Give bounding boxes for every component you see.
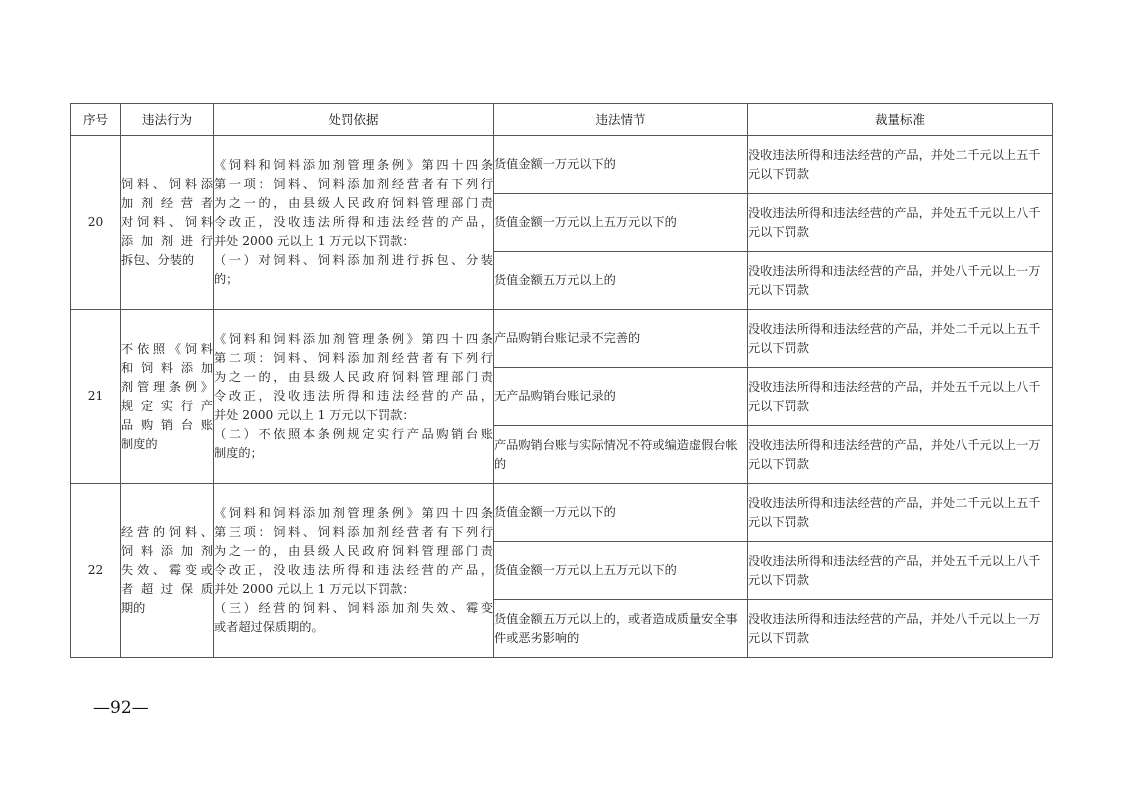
violation-cell: 饲料、饲料添加 剂 经 营 者对饲料、饲料添 加 剂 进 行拆包、分装的 [121, 136, 214, 310]
discretion-standard-cell: 没收违法所得和违法经营的产品，并处五千元以上八千元以下罚款 [748, 368, 1053, 426]
circumstance-cell: 货值金额一万元以下的 [494, 136, 748, 194]
violation-text-line: 制度的 [121, 435, 213, 454]
violation-text-line: 不依照《饲料 [121, 340, 213, 359]
legal-basis-text-line: 并处 2000 元以上 1 万元以下罚款： [214, 580, 493, 599]
circumstance-cell: 产品购销台账记录不完善的 [494, 310, 748, 368]
penalty-discretion-table: 序号 违法行为 处罚依据 违法情节 裁量标准 20饲料、饲料添加 剂 经 营 者… [70, 103, 1053, 658]
circumstance-cell: 货值金额一万元以下的 [494, 484, 748, 542]
header-legal-basis: 处罚依据 [214, 104, 494, 136]
circumstance-cell: 货值金额五万元以上的，或者造成质量安全事件或恶劣影响的 [494, 600, 748, 658]
discretion-standard-cell: 没收违法所得和违法经营的产品，并处八千元以上一万元以下罚款 [748, 600, 1053, 658]
legal-basis-text-line: 或者超过保质期的。 [214, 618, 493, 637]
circumstance-cell: 产品购销台账与实际情况不符或编造虚假台帐的 [494, 426, 748, 484]
violation-cell: 不依照《饲料和 饲 料 添 加剂管理条例》规 定 实 行 产品 购 销 台 账制… [121, 310, 214, 484]
header-standard: 裁量标准 [748, 104, 1053, 136]
legal-basis-text-line: 《饲料和饲料添加剂管理条例》第四十四条 [214, 504, 493, 523]
row-number: 20 [71, 136, 121, 310]
violation-text-line: 失效、霉变或 [121, 561, 213, 580]
legal-basis-text-line: （二）不依照本条例规定实行产品购销台账 [214, 425, 493, 444]
discretion-standard-cell: 没收违法所得和违法经营的产品，并处五千元以上八千元以下罚款 [748, 542, 1053, 600]
circumstance-cell: 货值金额一万元以上五万元以下的 [494, 194, 748, 252]
legal-basis-text-line: 第二项：饲料、饲料添加剂经营者有下列行 [214, 349, 493, 368]
discretion-standard-cell: 没收违法所得和违法经营的产品，并处二千元以上五千元以下罚款 [748, 310, 1053, 368]
row-number: 22 [71, 484, 121, 658]
legal-basis-text-line: 为之一的，由县级人民政府饲料管理部门责 [214, 368, 493, 387]
violation-text-line: 规 定 实 行 产 [121, 397, 213, 416]
violation-text-line: 期的 [121, 599, 213, 618]
violation-text-line: 加 剂 经 营 者 [121, 194, 213, 213]
legal-basis-text-line: 《饲料和饲料添加剂管理条例》第四十四条 [214, 330, 493, 349]
violation-text-line: 对饲料、饲料 [121, 213, 213, 232]
legal-basis-text-line: 为之一的，由县级人民政府饲料管理部门责 [214, 542, 493, 561]
circumstance-cell: 无产品购销台账记录的 [494, 368, 748, 426]
header-circumstance: 违法情节 [494, 104, 748, 136]
legal-basis-text-line: 制度的； [214, 444, 493, 463]
legal-basis-text-line: 《饲料和饲料添加剂管理条例》第四十四条 [214, 156, 493, 175]
header-violation: 违法行为 [121, 104, 214, 136]
violation-text-line: 和 饲 料 添 加 [121, 359, 213, 378]
table-header-row: 序号 违法行为 处罚依据 违法情节 裁量标准 [71, 104, 1053, 136]
legal-basis-cell: 《饲料和饲料添加剂管理条例》第四十四条第一项：饲料、饲料添加剂经营者有下列行为之… [214, 136, 494, 310]
legal-basis-text-line: （三）经营的饲料、饲料添加剂失效、霉变 [214, 599, 493, 618]
row-number: 21 [71, 310, 121, 484]
violation-text-line: 添 加 剂 进 行 [121, 232, 213, 251]
legal-basis-text-line: 第三项：饲料、饲料添加剂经营者有下列行 [214, 523, 493, 542]
violation-cell: 经营的饲料、饲 料 添 加 剂失效、霉变或者 超 过 保 质期的 [121, 484, 214, 658]
discretion-standard-cell: 没收违法所得和违法经营的产品，并处八千元以上一万元以下罚款 [748, 252, 1053, 310]
legal-basis-cell: 《饲料和饲料添加剂管理条例》第四十四条第三项：饲料、饲料添加剂经营者有下列行为之… [214, 484, 494, 658]
document-page: 序号 违法行为 处罚依据 违法情节 裁量标准 20饲料、饲料添加 剂 经 营 者… [0, 0, 1122, 793]
discretion-standard-cell: 没收违法所得和违法经营的产品，并处二千元以上五千元以下罚款 [748, 136, 1053, 194]
violation-text-line: 者 超 过 保 质 [121, 580, 213, 599]
header-seq: 序号 [71, 104, 121, 136]
violation-text-line: 剂管理条例》 [121, 378, 213, 397]
legal-basis-text-line: 令改正，没收违法所得和违法经营的产品， [214, 213, 493, 232]
table-row: 22经营的饲料、饲 料 添 加 剂失效、霉变或者 超 过 保 质期的《饲料和饲料… [71, 484, 1053, 542]
violation-text-line: 品 购 销 台 账 [121, 416, 213, 435]
legal-basis-cell: 《饲料和饲料添加剂管理条例》第四十四条第二项：饲料、饲料添加剂经营者有下列行为之… [214, 310, 494, 484]
legal-basis-text-line: （一）对饲料、饲料添加剂进行拆包、分装 [214, 251, 493, 270]
violation-text-line: 拆包、分装的 [121, 251, 213, 270]
table-row: 21不依照《饲料和 饲 料 添 加剂管理条例》规 定 实 行 产品 购 销 台 … [71, 310, 1053, 368]
legal-basis-text-line: 令改正，没收违法所得和违法经营的产品， [214, 561, 493, 580]
legal-basis-text-line: 并处 2000 元以上 1 万元以下罚款： [214, 406, 493, 425]
legal-basis-text-line: 的； [214, 270, 493, 289]
table-row: 20饲料、饲料添加 剂 经 营 者对饲料、饲料添 加 剂 进 行拆包、分装的《饲… [71, 136, 1053, 194]
circumstance-cell: 货值金额五万元以上的 [494, 252, 748, 310]
legal-basis-text-line: 第一项：饲料、饲料添加剂经营者有下列行 [214, 175, 493, 194]
violation-text-line: 饲 料 添 加 剂 [121, 542, 213, 561]
violation-text-line: 饲料、饲料添 [121, 175, 213, 194]
violation-text-line: 经营的饲料、 [121, 523, 213, 542]
legal-basis-text-line: 令改正，没收违法所得和违法经营的产品， [214, 387, 493, 406]
page-number: —92— [93, 698, 149, 718]
circumstance-cell: 货值金额一万元以上五万元以下的 [494, 542, 748, 600]
discretion-standard-cell: 没收违法所得和违法经营的产品，并处二千元以上五千元以下罚款 [748, 484, 1053, 542]
discretion-standard-cell: 没收违法所得和违法经营的产品，并处八千元以上一万元以下罚款 [748, 426, 1053, 484]
discretion-standard-cell: 没收违法所得和违法经营的产品，并处五千元以上八千元以下罚款 [748, 194, 1053, 252]
legal-basis-text-line: 并处 2000 元以上 1 万元以下罚款： [214, 232, 493, 251]
legal-basis-text-line: 为之一的，由县级人民政府饲料管理部门责 [214, 194, 493, 213]
